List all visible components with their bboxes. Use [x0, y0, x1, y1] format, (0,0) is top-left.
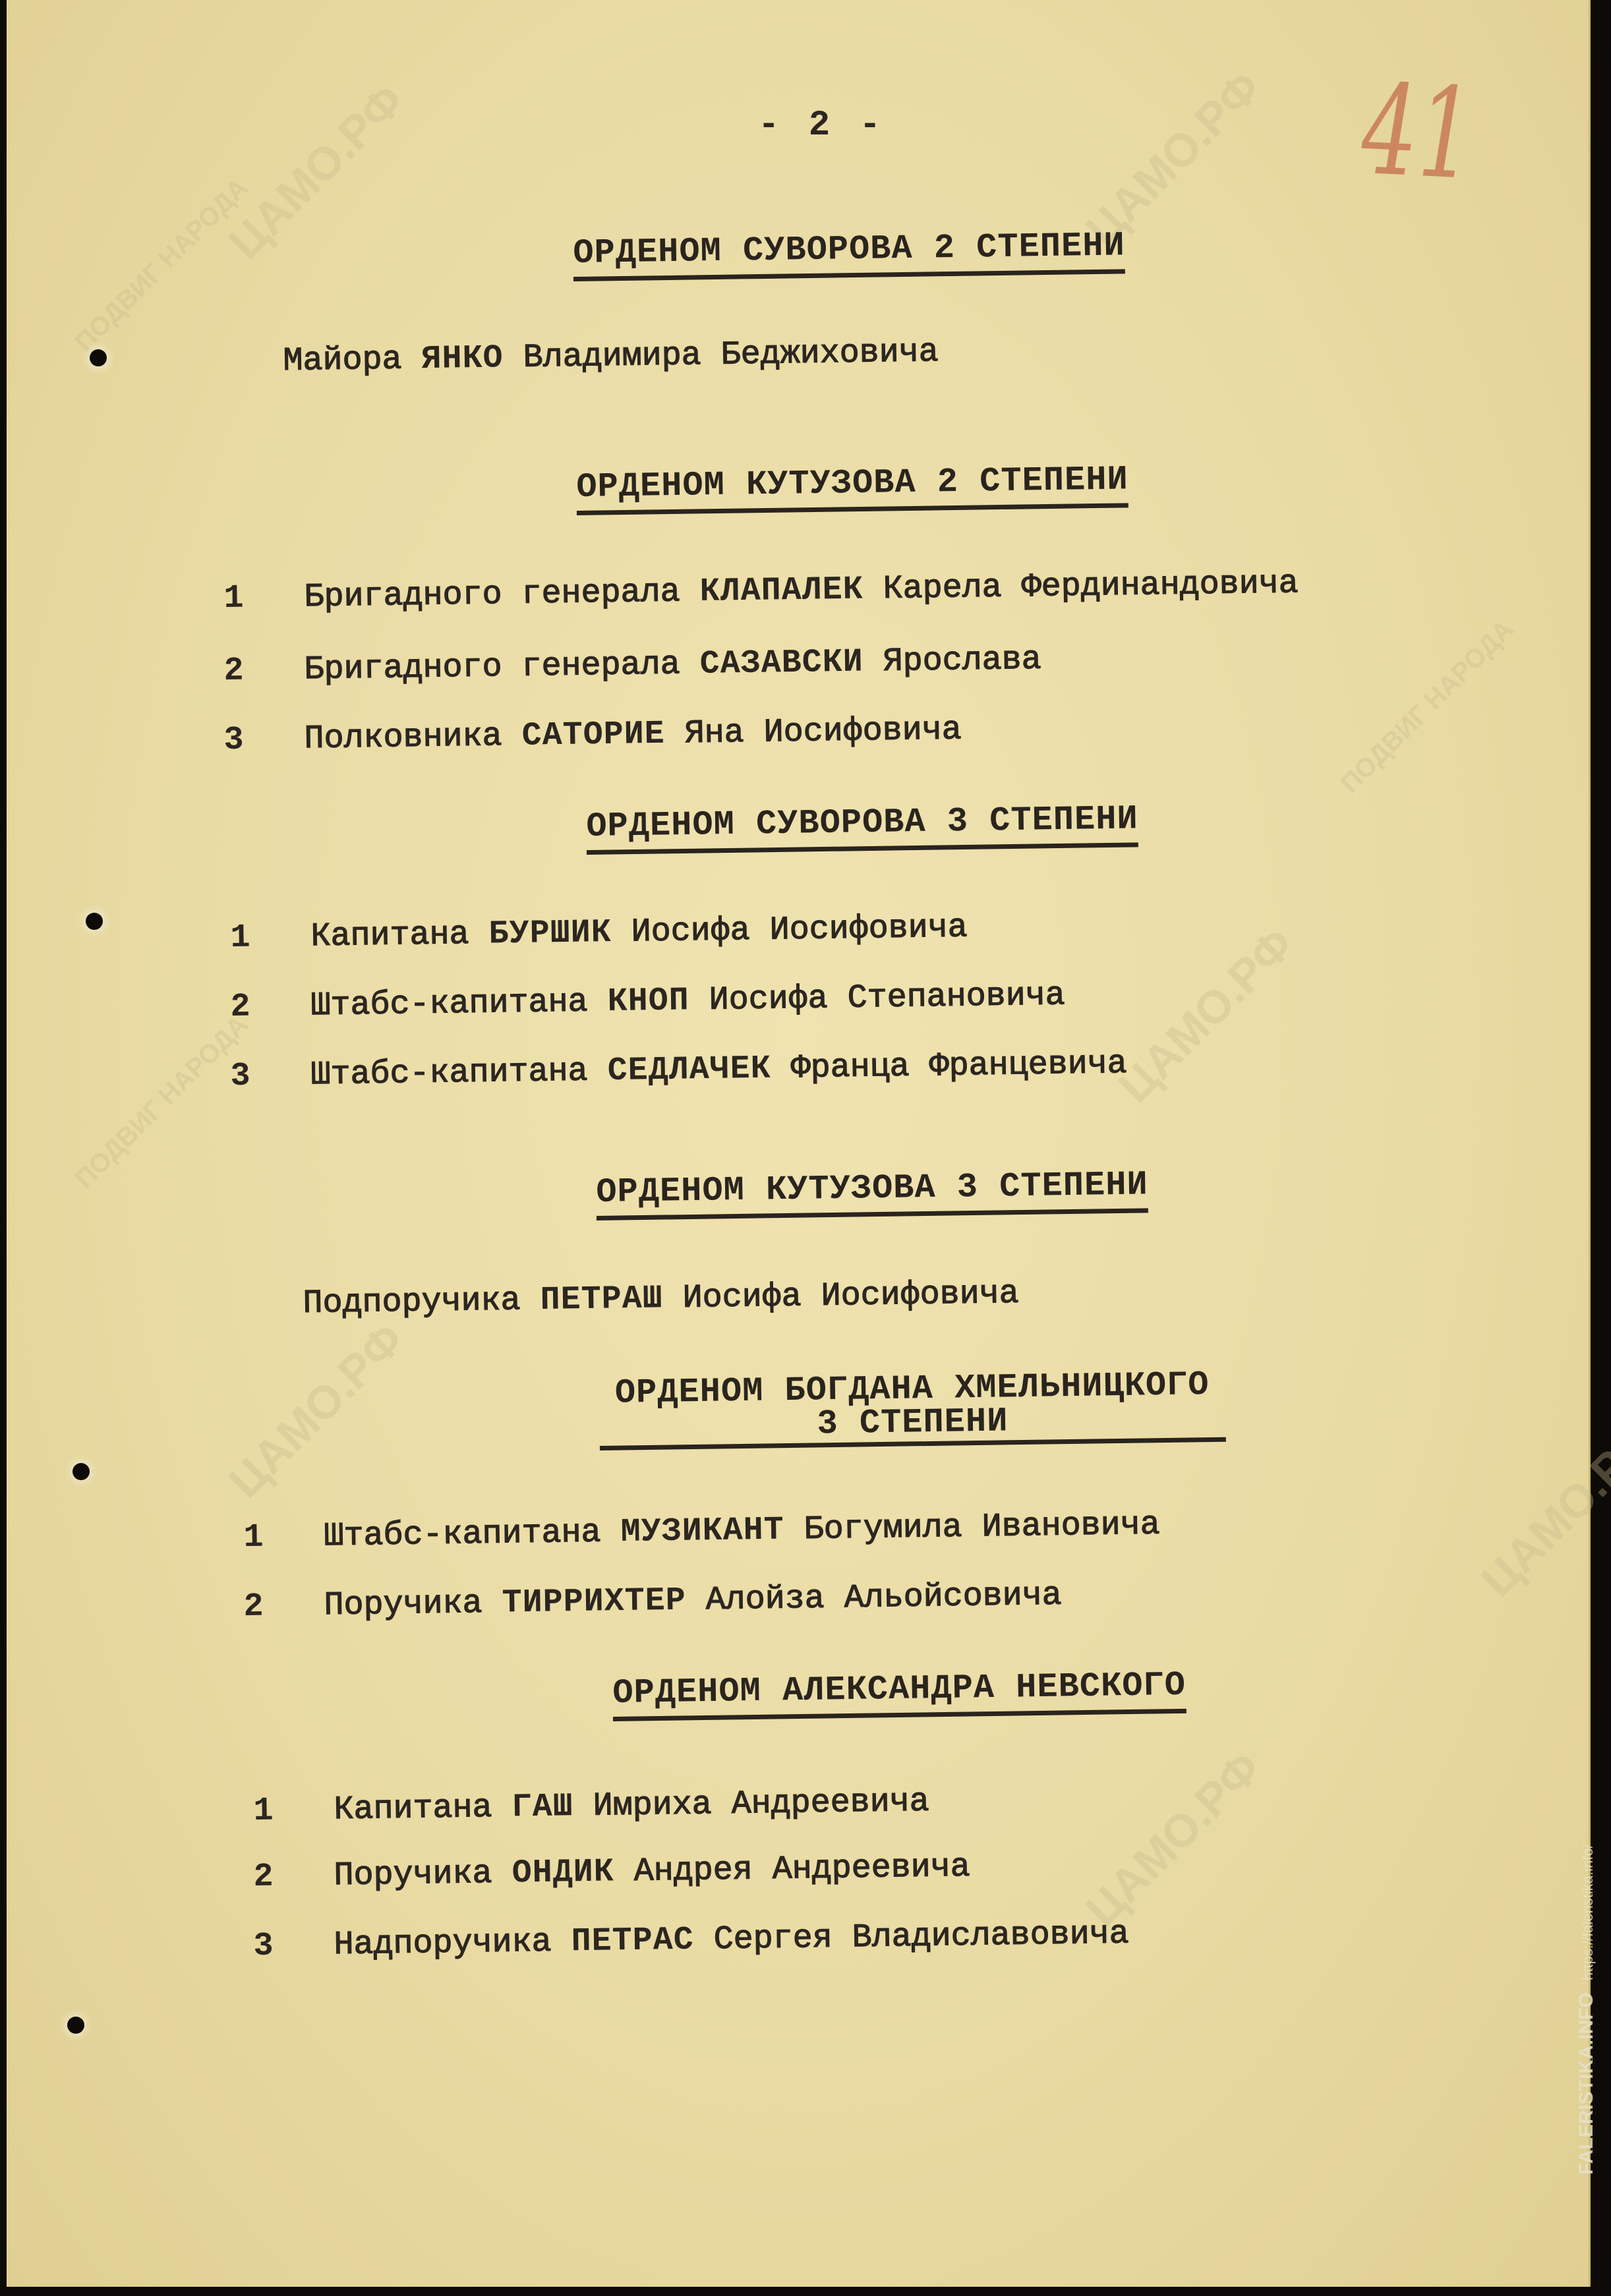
award-entry: 2 Поручика ТИРРИХТЕР Алойза Альойсовича: [243, 1577, 1062, 1626]
entry-surname: САТОРИЕ: [521, 716, 665, 755]
site-watermark-name: FALERISTIKA.INFO: [1575, 1992, 1597, 2175]
entry-surname: ОНДИК: [512, 1853, 614, 1892]
archive-watermark: ЦАМО.РФ: [1108, 917, 1304, 1113]
entry-given-names: Сергея Владиславовича: [713, 1915, 1129, 1959]
entry-rank: Штабс-капитана: [324, 1514, 601, 1555]
entry-rank: Штабс-капитана: [310, 1052, 588, 1094]
section-heading-suvorov-3: ОРДЕНОМ СУВОРОВА 3 СТЕПЕНИ: [586, 799, 1138, 855]
entry-rank: Полковника: [304, 718, 502, 758]
entry-surname: СЕДЛАЧЕК: [607, 1050, 771, 1090]
award-entry: 1 Бригадного генерала КЛАПАЛЕК Карела Фе…: [223, 565, 1299, 617]
document-page: ЦАМО.РФ ЦАМО.РФ ПОДВИГ НАРОДА ПОДВИГ НАР…: [7, 0, 1591, 2287]
award-entry: 2 Штабс-капитана КНОП Иосифа Степановича: [230, 977, 1065, 1026]
entry-given-names: Карела Фердинандовича: [883, 565, 1299, 608]
entry-number: 3: [223, 721, 285, 759]
site-watermark: FALERISTIKA.INFO https://faleristika.inf…: [1575, 1844, 1598, 2175]
entry-number: 1: [243, 1518, 305, 1557]
award-entry: 3 Полковника САТОРИЕ Яна Иосифовича: [223, 711, 962, 759]
entry-number: 2: [223, 652, 285, 690]
section-heading-suvorov-2: ОРДЕНОМ СУВОРОВА 2 СТЕПЕНИ: [573, 226, 1125, 281]
project-watermark: ПОДВИГ НАРОДА: [1335, 614, 1520, 799]
entry-rank: Поручика: [334, 1855, 492, 1895]
award-entry: 1 Капитана ГАШ Имриха Андреевича: [253, 1783, 929, 1830]
entry-surname: ГАШ: [512, 1788, 573, 1826]
entry-surname: САЗАВСКИ: [699, 643, 864, 683]
entry-given-names: Имриха Андреевича: [593, 1783, 929, 1825]
entry-rank: Подпоручика: [303, 1282, 521, 1323]
entry-rank: Бригадного генерала: [304, 573, 680, 616]
entry-given-names: Богумила Ивановича: [804, 1507, 1160, 1549]
entry-rank: Бригадного генерала: [304, 646, 680, 689]
entry-surname: ПЕТРАШ: [540, 1280, 663, 1319]
award-entry: 3 Надпоручика ПЕТРАС Сергея Владиславови…: [253, 1915, 1129, 1965]
section-heading-nevsky: ОРДЕНОМ АЛЕКСАНДРА НЕВСКОГО: [612, 1666, 1186, 1721]
archive-watermark: ЦАМО.РФ: [1471, 1412, 1611, 1607]
entry-number: 3: [253, 1927, 314, 1965]
entry-given-names: Владимира Беджиховича: [523, 333, 939, 377]
archive-sheet-mark: 41: [1361, 57, 1476, 208]
award-entry: 2 Бригадного генерала САЗАВСКИ Ярослава: [223, 641, 1041, 690]
entry-given-names: Алойза Альойсовича: [705, 1577, 1062, 1620]
entry-surname: МУЗИКАНТ: [620, 1512, 784, 1551]
entry-number: 3: [230, 1057, 291, 1095]
binder-hole: [73, 1463, 90, 1480]
site-watermark-url: https://faleristika.info/: [1579, 1844, 1596, 1980]
entry-number: 2: [230, 988, 291, 1026]
entry-surname: КЛАПАЛЕК: [699, 571, 864, 610]
award-entry: 1 Капитана БУРШИК Иосифа Иосифовича: [230, 909, 968, 957]
entry-number: 1: [223, 579, 285, 617]
page-number: - 2 -: [758, 105, 885, 146]
binder-hole: [67, 2017, 84, 2034]
entry-given-names: Андрея Андреевича: [633, 1849, 970, 1891]
entry-given-names: Франца Францевича: [790, 1045, 1127, 1087]
entry-surname: ПЕТРАС: [571, 1922, 694, 1961]
entry-given-names: Иосифа Степановича: [709, 977, 1065, 1019]
project-watermark: ПОДВИГ НАРОДА: [70, 1010, 254, 1194]
entry-number: 2: [253, 1858, 314, 1896]
archive-watermark: ЦАМО.РФ: [218, 1313, 414, 1508]
entry-surname: БУРШИК: [488, 914, 612, 954]
entry-surname: ЯНКО: [421, 339, 504, 378]
award-entry: 1 Штабс-капитана МУЗИКАНТ Богумила Ивано…: [243, 1507, 1160, 1557]
entry-given-names: Яна Иосифовича: [684, 711, 962, 753]
entry-rank: Капитана: [334, 1789, 492, 1829]
entry-rank: Штабс-капитана: [310, 983, 588, 1025]
entry-given-names: Ярослава: [883, 641, 1041, 681]
entry-number: 1: [230, 919, 291, 957]
entry-number: 2: [243, 1588, 305, 1626]
entry-number: 1: [253, 1792, 314, 1830]
entry-rank: Майора: [283, 341, 402, 380]
entry-surname: КНОП: [607, 982, 689, 1021]
section-heading-kutuzov-2: ОРДЕНОМ КУТУЗОВА 2 СТЕПЕНИ: [576, 460, 1128, 515]
section-heading-kutuzov-3: ОРДЕНОМ КУТУЗОВА 3 СТЕПЕНИ: [596, 1165, 1148, 1220]
award-entry: Подпоручика ПЕТРАШ Иосифа Иосифовича: [303, 1275, 1019, 1323]
award-entry: Майора ЯНКО Владимира Беджиховича: [283, 333, 939, 380]
project-watermark: ПОДВИГ НАРОДА: [70, 173, 254, 357]
entry-rank: Поручика: [324, 1585, 483, 1624]
award-entry: 3 Штабс-капитана СЕДЛАЧЕК Франца Францев…: [230, 1045, 1127, 1095]
archive-watermark: ЦАМО.РФ: [218, 74, 414, 270]
binder-hole: [90, 349, 107, 366]
entry-rank: Капитана: [310, 916, 469, 956]
entry-surname: ТИРРИХТЕР: [502, 1582, 686, 1622]
entry-rank: Надпоручика: [334, 1924, 552, 1965]
binder-hole: [86, 913, 103, 930]
entry-given-names: Иосифа Иосифовича: [631, 909, 968, 951]
entry-given-names: Иосифа Иосифовича: [682, 1275, 1019, 1317]
section-heading-khmelnitsky-3: ОРДЕНОМ БОГДАНА ХМЕЛЬНИЦКОГО 3 СТЕПЕНИ: [599, 1365, 1226, 1450]
award-entry: 2 Поручика ОНДИК Андрея Андреевича: [253, 1849, 970, 1896]
archive-watermark: ЦАМО.РФ: [1075, 1741, 1271, 1937]
